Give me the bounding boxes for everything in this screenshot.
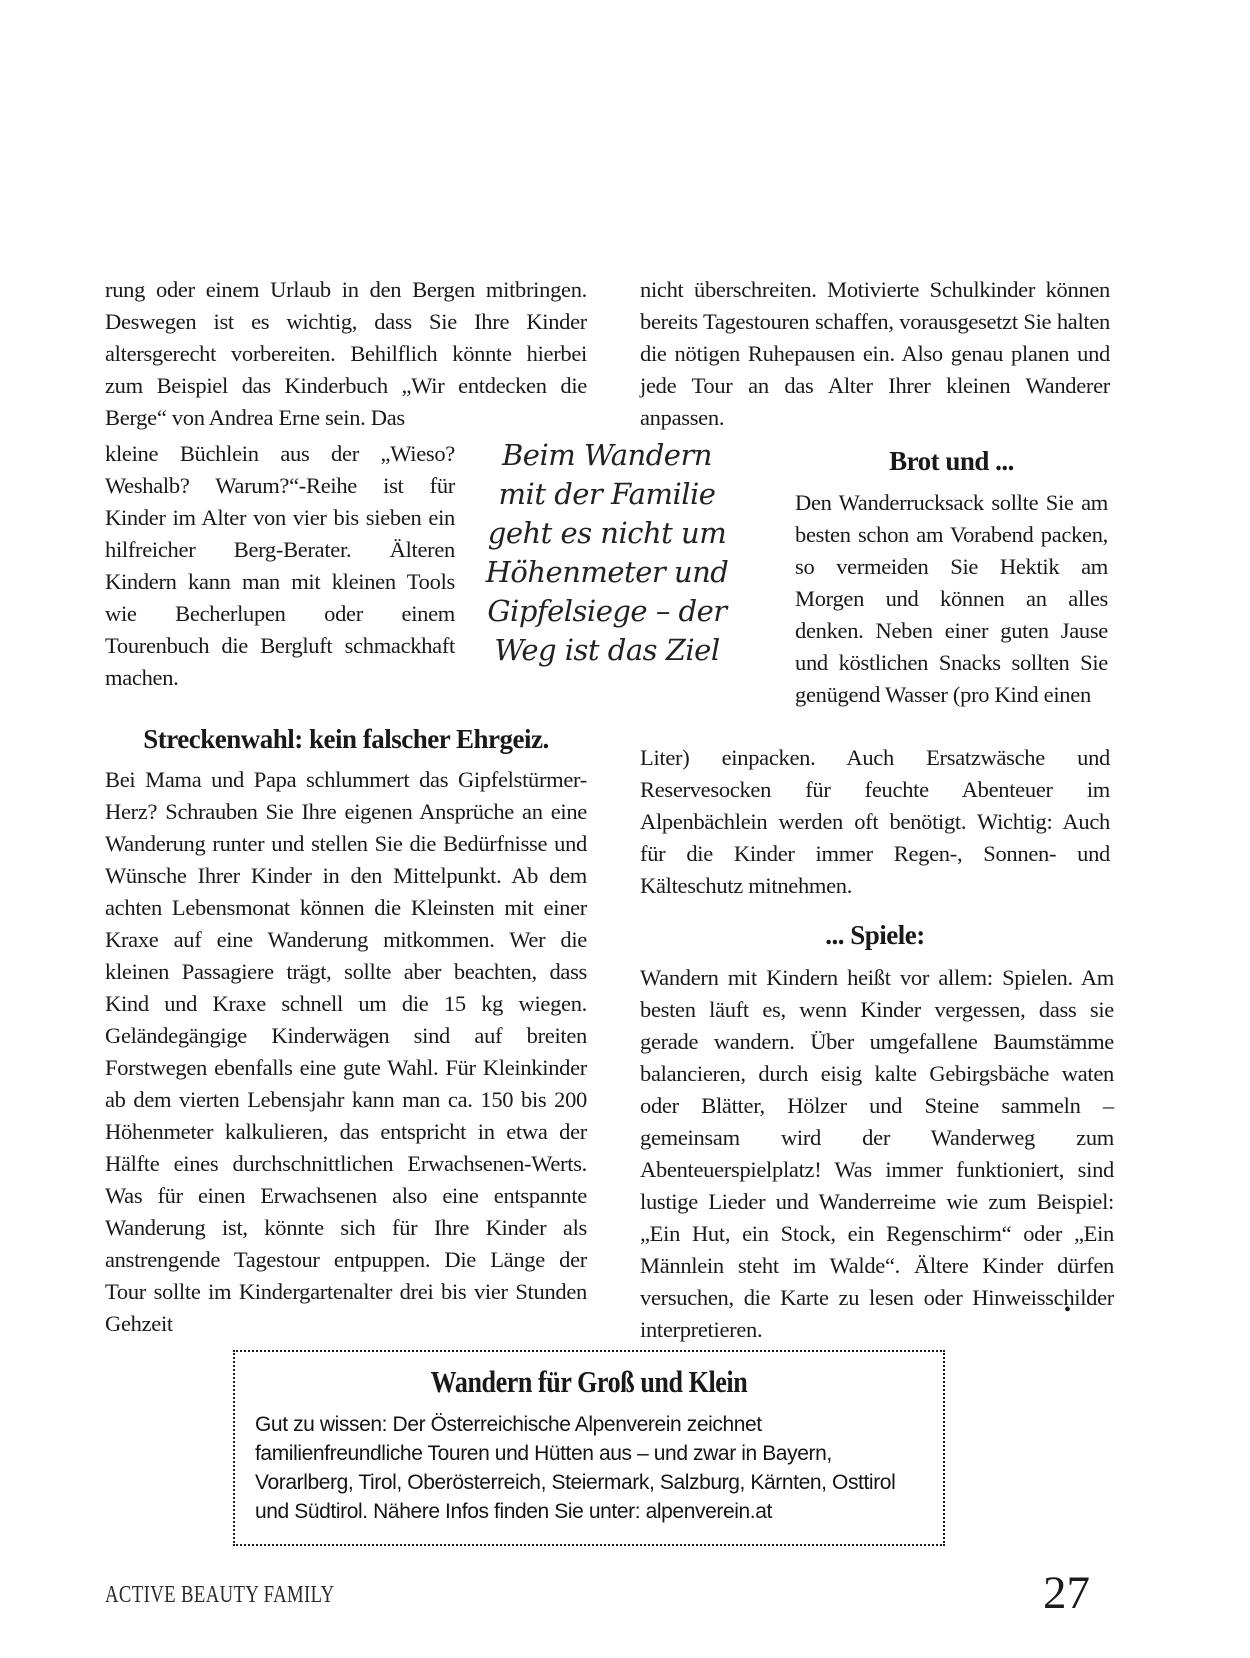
- intro-paragraph-wide: rung oder einem Urlaub in den Bergen mit…: [105, 274, 587, 434]
- intro-paragraph-narrow: kleine Büchlein aus der „Wieso? Weshalb?…: [105, 438, 455, 694]
- magazine-page: rung oder einem Urlaub in den Bergen mit…: [0, 0, 1250, 1658]
- brot-paragraph-wide: Liter) einpacken. Auch Ersatzwäsche und …: [640, 742, 1110, 902]
- brot-paragraph-narrow: Den Wanderrucksack sollte Sie am besten …: [795, 487, 1108, 711]
- spiele-paragraph: Wandern mit Kindern heißt vor allem: Spi…: [640, 962, 1114, 1346]
- footer-magazine-name: ACTIVE BEAUTY FAMILY: [105, 1582, 335, 1609]
- pull-quote: Beim Wandern mit der Familie geht es nic…: [452, 436, 762, 670]
- info-box: Wandern für Groß und Klein Gut zu wissen…: [233, 1350, 945, 1546]
- page-number: 27: [950, 1566, 1090, 1620]
- right-column-top-paragraph: nicht überschreiten. Motivierte Schulkin…: [640, 274, 1110, 434]
- heading-spiele: ... Spiele:: [640, 920, 1110, 951]
- heading-brot-und: Brot und ...: [795, 446, 1108, 477]
- info-box-body: Gut zu wissen: Der Österreichische Alpen…: [255, 1410, 923, 1526]
- end-of-article-bullet: •: [1064, 1294, 1071, 1326]
- info-box-title: Wandern für Groß und Klein: [292, 1364, 887, 1400]
- streckenwahl-paragraph: Bei Mama und Papa schlummert das Gipfels…: [105, 764, 587, 1340]
- heading-streckenwahl: Streckenwahl: kein falscher Ehrgeiz.: [105, 724, 587, 755]
